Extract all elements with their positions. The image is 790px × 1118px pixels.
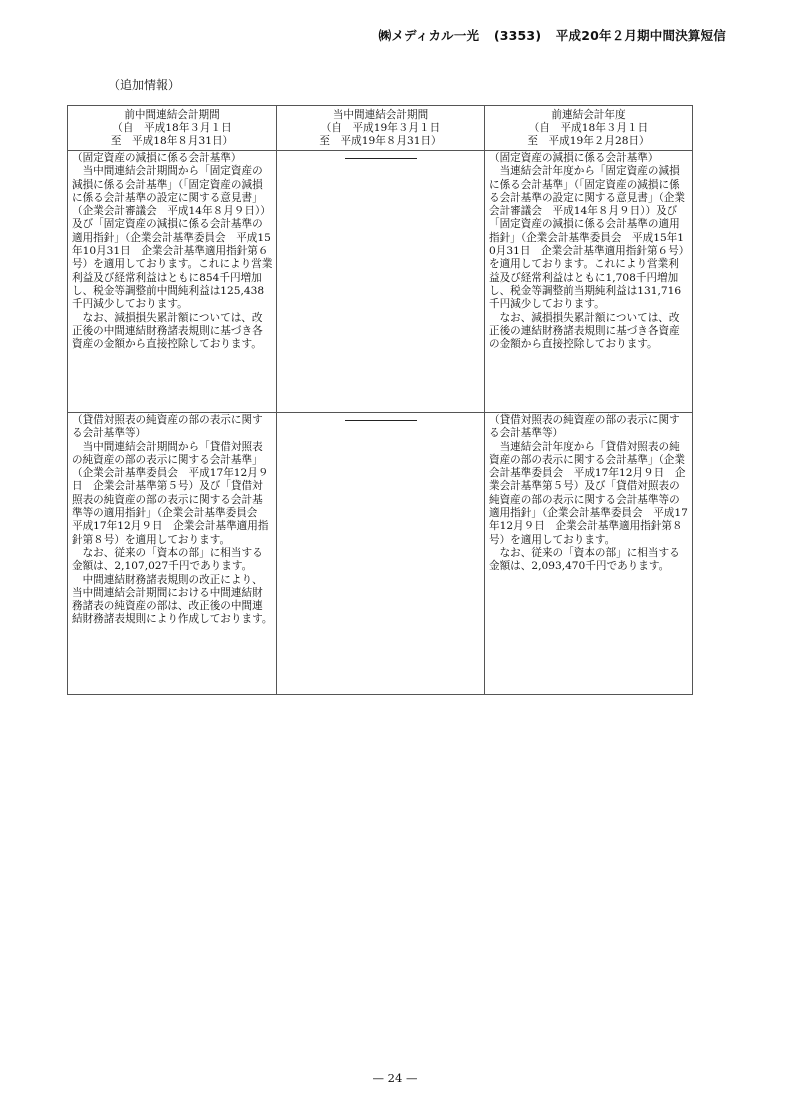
cell-paragraph: 当中間連結会計期間から「貸借対照表の純資産の部の表示に関する会計基準」（企業会計… [72,441,273,547]
cell-paragraph: なお、従来の「資本の部」に相当する金額は、2,107,027千円であります。 [72,547,273,574]
page-number: — 24 — [0,1071,790,1085]
column-header-current-interim: 当中間連結会計期間 （自 平成19年３月１日 至 平成19年８月31日） [277,106,485,151]
table-header-row: 前中間連結会計期間 （自 平成18年３月１日 至 平成18年８月31日） 当中間… [68,106,693,151]
cell-heading: （固定資産の減損に係る会計基準） [72,152,273,165]
cell-heading: （貸借対照表の純資産の部の表示に関する会計基準等） [489,414,689,441]
company-name: ㈱メディカル一光 [379,28,480,43]
column-header-prior-fiscal-year: 前連結会計年度 （自 平成18年３月１日 至 平成19年２月28日） [485,106,693,151]
cell-heading: （固定資産の減損に係る会計基準） [489,152,689,165]
cell-paragraph: なお、減損損失累計額については、改正後の中間連結財務諸表規則に基づき各資産の金額… [72,312,273,352]
cell-paragraph: なお、従来の「資本の部」に相当する金額は、2,093,470千円であります。 [489,547,689,574]
stock-code: (3353) [494,28,541,43]
additional-info-table: 前中間連結会計期間 （自 平成18年３月１日 至 平成18年８月31日） 当中間… [67,105,693,695]
cell-paragraph: なお、減損損失累計額については、改正後の連結財務諸表規則に基づき各資産の金額から… [489,312,689,352]
not-applicable-dash [345,420,417,421]
cell-paragraph: 当連結会計年度から「固定資産の減損に係る会計基準」（「固定資産の減損に係る会計基… [489,165,689,311]
document-header: ㈱メディカル一光 (3353) 平成20年２月期中間決算短信 [369,26,726,44]
cell-paragraph: 当中間連結会計期間から「固定資産の減損に係る会計基準」（「固定資産の減損に係る会… [72,165,273,311]
cell-net-assets-prior-interim: （貸借対照表の純資産の部の表示に関する会計基準等） 当中間連結会計期間から「貸借… [68,413,277,695]
cell-impairment-prior-interim: （固定資産の減損に係る会計基準） 当中間連結会計期間から「固定資産の減損に係る会… [68,151,277,413]
section-title: （追加情報） [108,76,180,93]
cell-paragraph: 中間連結財務諸表規則の改正により、当中間連結会計期間における中間連結財務諸表の純… [72,574,273,627]
table-row: （固定資産の減損に係る会計基準） 当中間連結会計期間から「固定資産の減損に係る会… [68,151,693,413]
cell-net-assets-current-interim [277,413,485,695]
cell-impairment-prior-fiscal-year: （固定資産の減損に係る会計基準） 当連結会計年度から「固定資産の減損に係る会計基… [485,151,693,413]
report-title: 平成20年２月期中間決算短信 [556,28,726,43]
cell-heading: （貸借対照表の純資産の部の表示に関する会計基準等） [72,414,273,441]
column-header-prior-interim: 前中間連結会計期間 （自 平成18年３月１日 至 平成18年８月31日） [68,106,277,151]
cell-impairment-current-interim [277,151,485,413]
table-row: （貸借対照表の純資産の部の表示に関する会計基準等） 当中間連結会計期間から「貸借… [68,413,693,695]
cell-paragraph: 当連結会計年度から「貸借対照表の純資産の部の表示に関する会計基準」（企業会計基準… [489,441,689,547]
cell-net-assets-prior-fiscal-year: （貸借対照表の純資産の部の表示に関する会計基準等） 当連結会計年度から「貸借対照… [485,413,693,695]
not-applicable-dash [345,158,417,159]
